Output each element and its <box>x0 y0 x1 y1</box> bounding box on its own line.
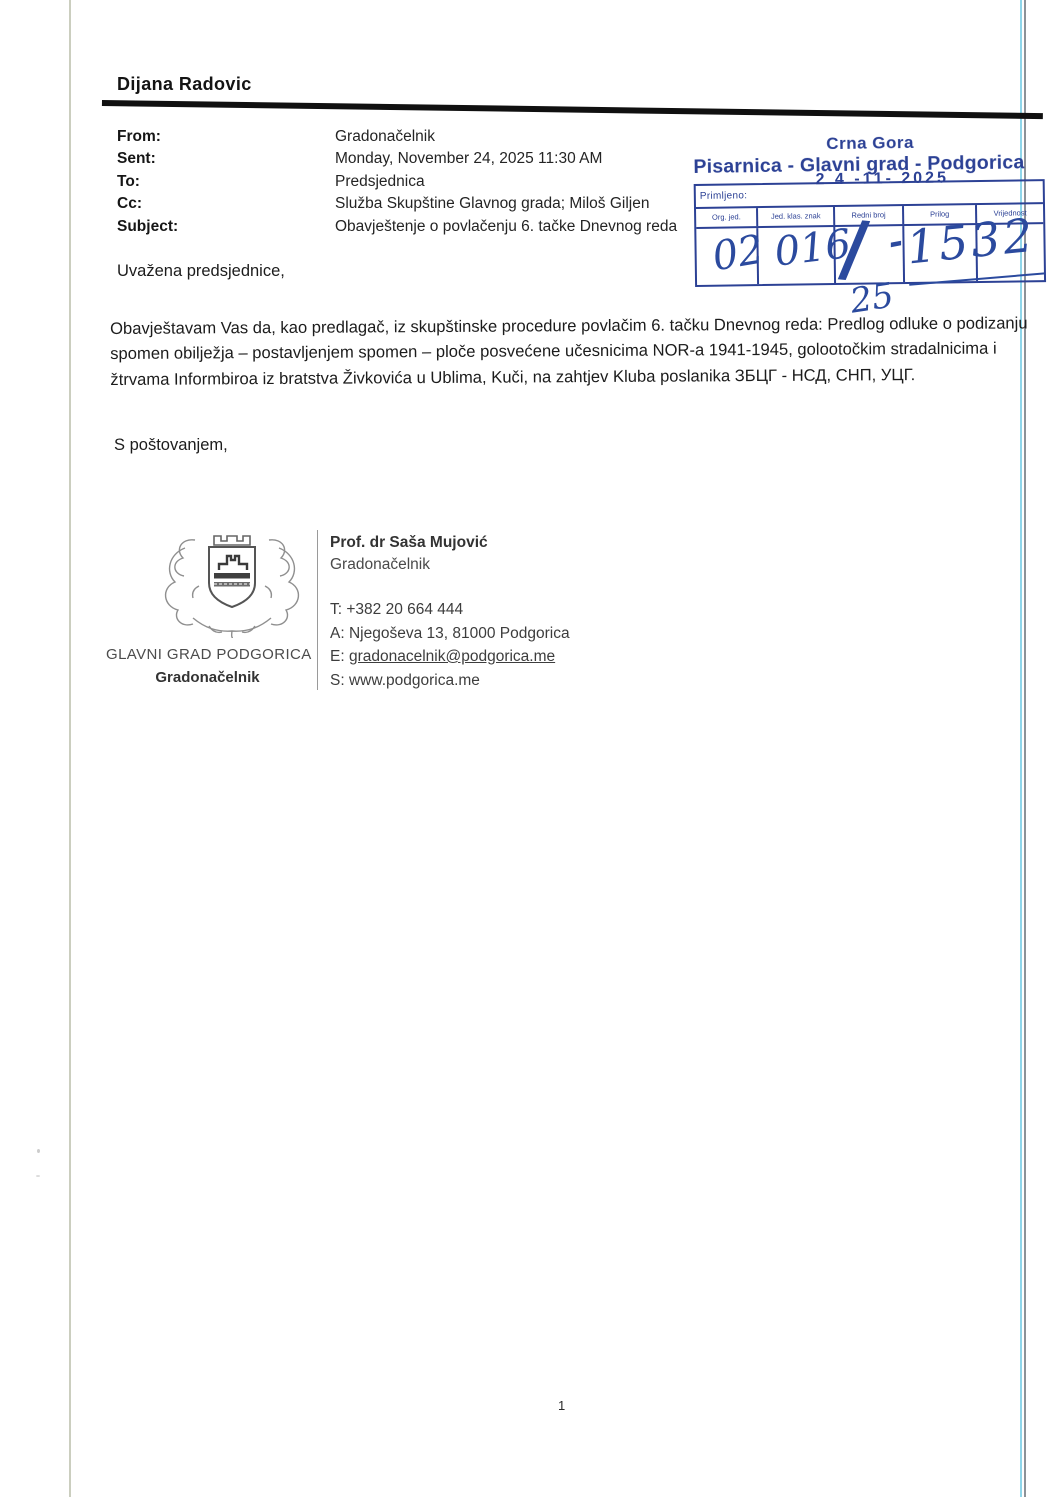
address-label: A: <box>330 625 345 642</box>
scanned-email-page: Dijana Radovic From: Gradonačelnik Sent:… <box>0 0 1058 1497</box>
signature-person-name: Prof. dr Saša Mujović <box>330 532 570 554</box>
sent-value: Monday, November 24, 2025 11:30 AM <box>335 148 602 170</box>
subject-value: Obavještenje o povlačenju 6. tačke Dnevn… <box>335 216 677 238</box>
salutation: Uvažena predsjednice, <box>117 262 285 281</box>
body-paragraph: Obavještavam Vas da, kao predlagač, iz s… <box>110 310 1055 392</box>
signature-website-line: S: www.podgorica.me <box>330 669 570 693</box>
phone-label: T: <box>330 601 342 618</box>
scan-artifact-left-line <box>69 0 71 1497</box>
sender-name: Dijana Radovic <box>117 74 252 95</box>
scan-speck <box>37 1149 40 1153</box>
signature-phone-line: T: +382 20 664 444 <box>330 598 570 622</box>
from-value: Gradonačelnik <box>335 126 435 148</box>
cc-value: Služba Skupštine Glavnog grada; Miloš Gi… <box>335 193 649 215</box>
stamp-date: 2 4 -11- 2025 <box>816 169 950 189</box>
stamp-col-org-jed: Org. jed. <box>696 208 759 227</box>
address-value: Njegoševa 13, 81000 Podgorica <box>349 625 570 642</box>
sent-label: Sent: <box>117 148 335 170</box>
header-divider-rule <box>102 100 1043 119</box>
signature-address-line: A: Njegoševa 13, 81000 Podgorica <box>330 622 570 646</box>
subject-label: Subject: <box>117 216 335 238</box>
website-value: www.podgorica.me <box>349 672 480 689</box>
handwritten-org-jed: 02 <box>710 229 767 277</box>
email-label: E: <box>330 648 345 665</box>
signature-gap <box>330 576 570 598</box>
website-label: S: <box>330 672 345 689</box>
phone-value: +382 20 664 444 <box>346 601 463 618</box>
signature-email-line: E: gradonacelnik@podgorica.me <box>330 645 570 669</box>
signature-contact-block: Prof. dr Saša Mujović Gradonačelnik T: +… <box>330 532 570 692</box>
email-link[interactable]: gradonacelnik@podgorica.me <box>349 648 555 665</box>
page-number: 1 <box>558 1398 565 1413</box>
signature-org-title: Gradonačelnik <box>150 669 265 686</box>
stamp-received-label: Primljeno: <box>700 190 748 202</box>
cc-label: Cc: <box>117 193 335 215</box>
signature-person-title: Gradonačelnik <box>330 554 570 576</box>
signature-divider <box>317 530 318 690</box>
scan-speck <box>36 1175 40 1177</box>
signature-org-name: GLAVNI GRAD PODGORICA <box>106 646 312 663</box>
podgorica-coat-of-arms-logo <box>143 526 321 638</box>
handwritten-redni-broj: 1532 <box>905 212 1038 271</box>
to-label: To: <box>117 171 335 193</box>
registry-receipt-stamp: Crna Gora Pisarnica - Glavni grad - Podg… <box>693 131 1049 287</box>
to-value: Predsjednica <box>335 171 425 193</box>
from-label: From: <box>117 126 335 148</box>
closing: S poštovanjem, <box>114 436 228 455</box>
stamp-received-row: Primljeno: 2 4 -11- 2025 <box>696 181 1043 209</box>
